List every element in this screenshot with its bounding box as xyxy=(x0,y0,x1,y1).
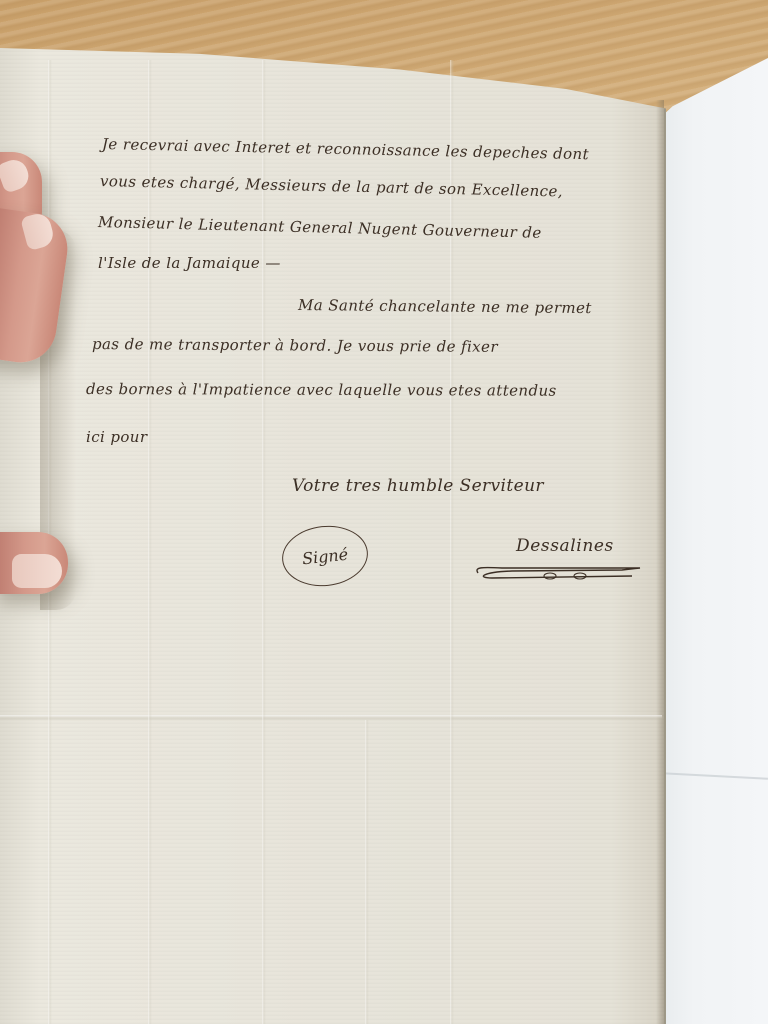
letter-line: Ma Santé chancelante ne me permet xyxy=(298,296,592,317)
right-blank-page xyxy=(662,58,768,1024)
stamp-text: Signé xyxy=(301,544,349,568)
paper-fold-vertical xyxy=(262,60,266,1024)
page-gutter-shadow xyxy=(656,100,664,1024)
paper-fold-horizontal xyxy=(0,715,662,721)
fingernail xyxy=(12,554,62,588)
letter-line: pas de me transporter à bord. Je vous pr… xyxy=(92,335,498,356)
signature: Dessalines xyxy=(516,536,614,556)
paper-fold-vertical xyxy=(148,60,152,1024)
letter-line: l'Isle de la Jamaique — xyxy=(98,254,281,272)
letter-closing: Votre tres humble Serviteur xyxy=(292,476,544,496)
paper-fold-vertical xyxy=(365,720,369,1024)
paper-fold-vertical xyxy=(450,60,454,1024)
signature-flourish-icon xyxy=(472,564,644,582)
letter-line: des bornes à l'Impatience avec laquelle … xyxy=(86,380,557,400)
letter-line: ici pour xyxy=(86,428,147,446)
